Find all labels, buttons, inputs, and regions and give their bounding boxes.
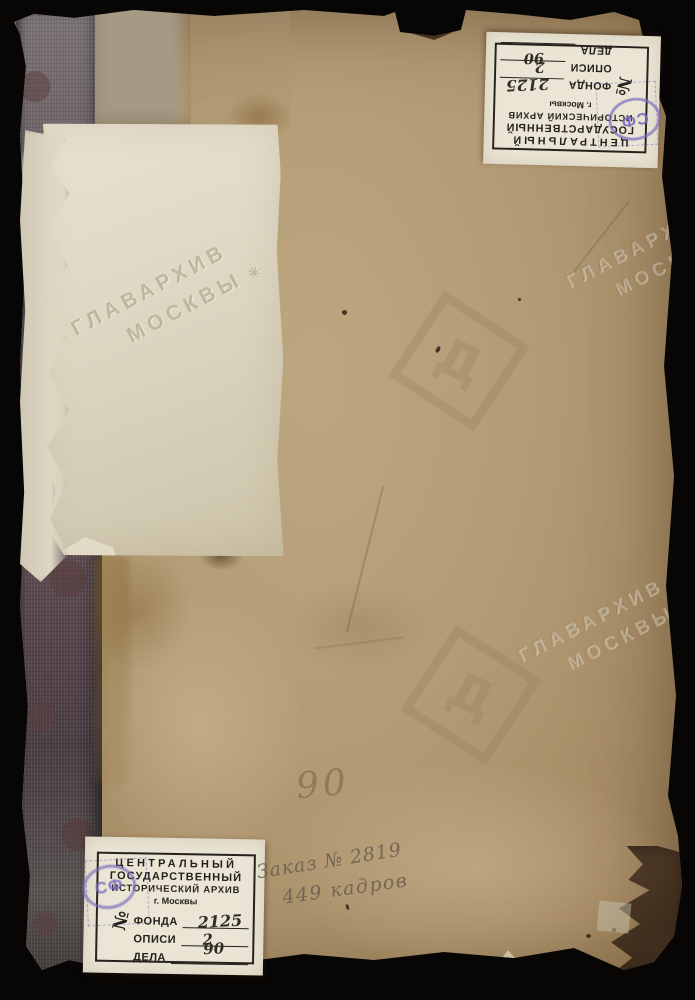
- sticker-remnant: [597, 900, 632, 933]
- archive-stamp-top: ЦЕНТРАЛЬНЫЙ ГОСУДАРСТВЕННЫЙ ИСТОРИЧЕСКИЙ…: [483, 32, 661, 168]
- speck: [342, 310, 347, 315]
- worn-bottom-edge-highlight: [234, 970, 574, 982]
- opisi-row: ОПИСИ 2: [133, 928, 248, 947]
- watermark-logo: Д: [388, 290, 529, 431]
- pasted-label: ГЛАВАРХИВ МОСКВЫ✳: [33, 120, 286, 559]
- dela-value-handwritten: 90: [523, 49, 544, 67]
- paper-flap: [466, 950, 550, 984]
- scratch: [573, 201, 630, 273]
- handwritten-case-number: 90: [294, 762, 351, 808]
- pencil-smudge: [286, 582, 436, 672]
- opisi-row: ОПИСИ 2: [500, 59, 612, 78]
- fonda-row: ФОНДА 2125: [134, 910, 249, 929]
- watermark-glavarkhiv-on-label: ГЛАВАРХИВ МОСКВЫ✳: [68, 230, 265, 370]
- archive-stamp-bottom: ЦЕНТРАЛЬНЫЙ ГОСУДАРСТВЕННЫЙ ИСТОРИЧЕСКИЙ…: [83, 836, 265, 975]
- archival-book-cover-photo: 8Ю ГЛАВАРХИВ МОСКВЫ ГЛАВАРХИВ МОСКВЫ Д: [0, 0, 695, 1000]
- stamp-fields: ФОНДА 2125 ОПИСИ 2 ДЕЛА 90: [133, 910, 249, 965]
- speck: [435, 345, 442, 353]
- speck: [586, 934, 591, 938]
- torn-notch: [398, 6, 464, 40]
- fonda-row: ФОНДА 2125: [499, 77, 611, 96]
- dela-row: ДЕЛА 90: [133, 946, 248, 965]
- light-patch: [92, 596, 302, 856]
- dela-value-handwritten: 90: [203, 939, 225, 958]
- paper-patch-grey: [95, 8, 191, 130]
- speck: [518, 298, 521, 301]
- dela-row: ДЕЛА 90: [500, 42, 612, 61]
- watermark-star: ✳: [245, 263, 263, 283]
- watermark-glavarkhiv-mid-right: ГЛАВАРХИВ МОСКВЫ: [514, 575, 680, 693]
